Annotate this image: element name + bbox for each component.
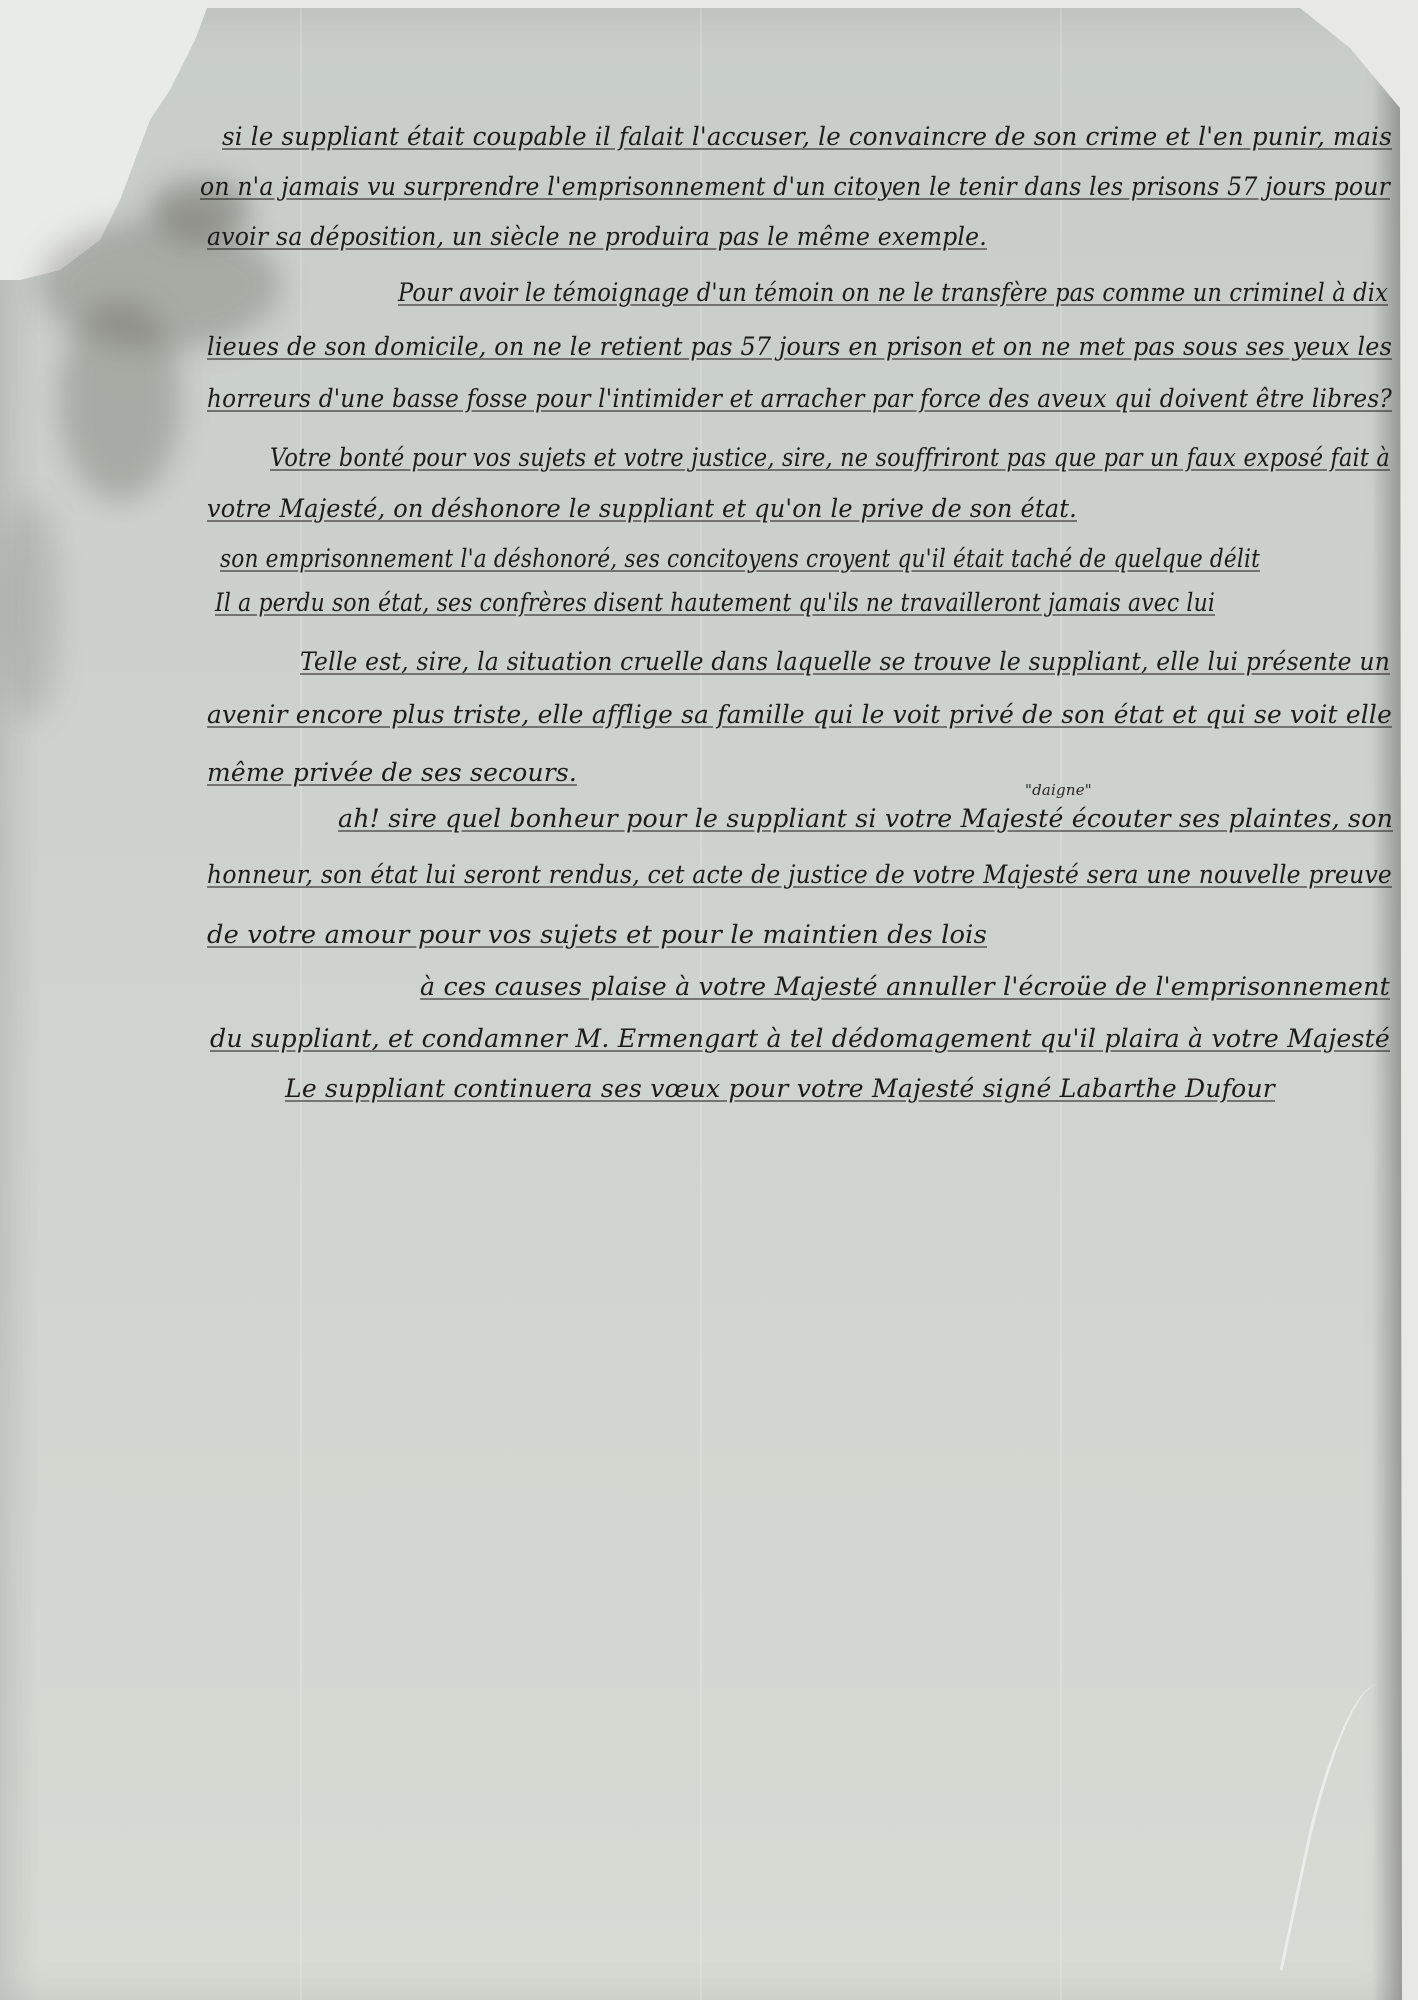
manuscript-line: Le suppliant continuera ses vœux pour vo… [285, 1074, 1275, 1103]
manuscript-line: avoir sa déposition, un siècle ne produi… [207, 222, 987, 251]
manuscript-line: ah! sire quel bonheur pour le suppliant … [338, 804, 1393, 833]
manuscript-line: si le suppliant était coupable il falait… [222, 122, 1392, 151]
manuscript-line: son emprisonnement l'a déshonoré, ses co… [220, 544, 1260, 573]
manuscript-text: si le suppliant était coupable il falait… [0, 0, 1418, 2000]
manuscript-line: Il a perdu son état, ses confrères disen… [215, 588, 1215, 617]
interlinear-insertion: "daigne" [1025, 781, 1092, 799]
manuscript-line: on n'a jamais vu surprendre l'emprisonne… [200, 172, 1390, 201]
manuscript-line: Votre bonté pour vos sujets et votre jus… [270, 443, 1390, 472]
manuscript-line: honneur, son état lui seront rendus, cet… [207, 860, 1392, 889]
manuscript-line: votre Majesté, on déshonore le suppliant… [207, 494, 1077, 523]
manuscript-line: Telle est, sire, la situation cruelle da… [300, 647, 1390, 676]
manuscript-line: horreurs d'une basse fosse pour l'intimi… [207, 384, 1392, 413]
manuscript-line: même privée de ses secours. [207, 758, 577, 787]
manuscript-line: avenir encore plus triste, elle afflige … [207, 700, 1392, 729]
manuscript-line: à ces causes plaise à votre Majesté annu… [420, 972, 1390, 1001]
manuscript-line: de votre amour pour vos sujets et pour l… [207, 920, 987, 949]
manuscript-line: Pour avoir le témoignage d'un témoin on … [398, 278, 1388, 307]
manuscript-line: lieues de son domicile, on ne le retient… [207, 332, 1392, 361]
manuscript-line: du suppliant, et condamner M. Ermengart … [210, 1024, 1390, 1053]
